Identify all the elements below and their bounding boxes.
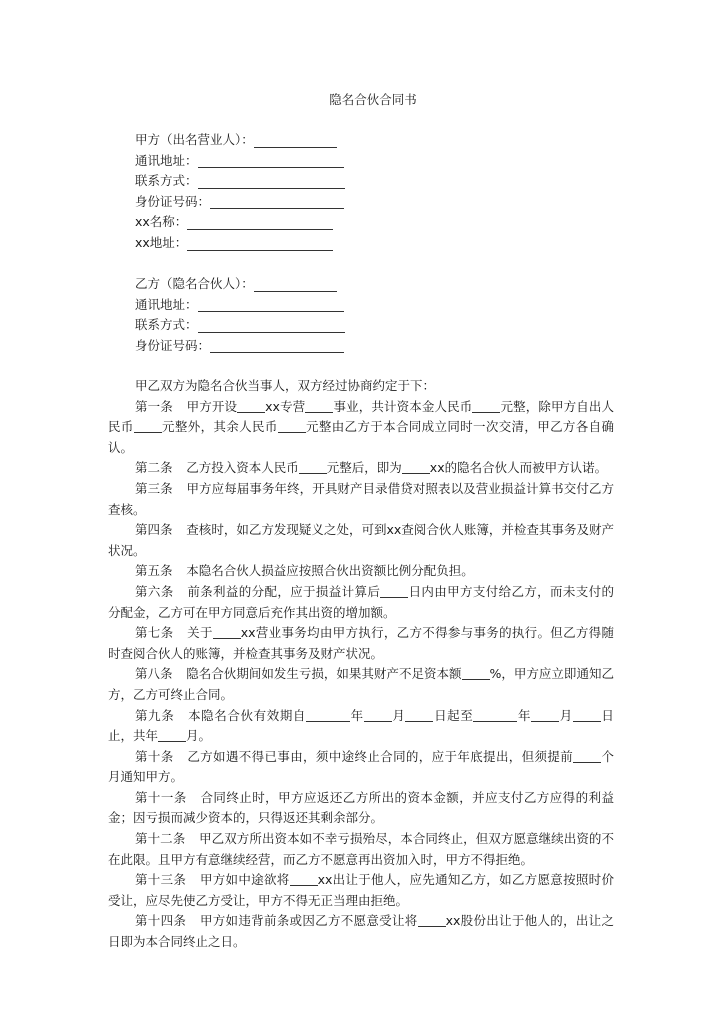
party-a-heading-row: 甲方（出名营业人）：: [135, 130, 345, 151]
party-b-heading-label: 乙方（隐名合伙人）：: [135, 274, 254, 295]
field-label: xx名称：: [135, 212, 187, 233]
party-b-section: 乙方（隐名合伙人）： 通讯地址： 联系方式： 身份证号码：: [135, 274, 345, 356]
party-a-heading-label: 甲方（出名营业人）：: [135, 130, 254, 151]
document-page: 隐名合伙合同书 甲方（出名营业人）： 通讯地址： 联系方式： 身份证号码： xx…: [0, 0, 720, 1017]
field-label: xx地址：: [135, 233, 187, 254]
blank-field[interactable]: [573, 709, 601, 722]
party-a-name-field[interactable]: [254, 133, 337, 148]
blank-field[interactable]: [573, 750, 601, 763]
party-a-xx-address-row: xx地址：: [135, 233, 345, 254]
article-text: 月: [392, 708, 406, 723]
article-text: 年: [350, 708, 364, 723]
party-a-id-row: 身份证号码：: [135, 192, 345, 213]
article-1: 第一条甲方开设xx专营事业，共计资本金人民币元整，除甲方自出人民币元整外，其余人…: [108, 397, 614, 459]
party-a-contact-field[interactable]: [198, 174, 345, 189]
party-a-contact-row: 联系方式：: [135, 171, 345, 192]
article-label: 第二条: [135, 460, 173, 475]
article-label: 第十二条: [135, 831, 185, 846]
contract-body: 甲乙双方为隐名合伙当事人，双方经过协商约定于下： 第一条甲方开设xx专营事业，共…: [108, 376, 614, 953]
document-title: 隐名合伙合同书: [0, 91, 720, 109]
article-text: 乙方投入资本人民币: [186, 460, 299, 475]
article-label: 第十三条: [135, 872, 186, 887]
article-text: 日起至: [433, 708, 473, 723]
party-b-id-row: 身份证号码：: [135, 336, 345, 357]
blank-field[interactable]: [405, 709, 433, 722]
article-label: 第七条: [135, 625, 173, 640]
blank-field[interactable]: [278, 420, 306, 433]
party-b-id-field[interactable]: [210, 338, 344, 353]
article-12: 第十二条甲乙双方所出资本如不幸亏损殆尽，本合同终止，但双方愿意继续出资的不在此限…: [108, 829, 614, 870]
field-label: 联系方式：: [135, 315, 198, 336]
party-a-section: 甲方（出名营业人）： 通讯地址： 联系方式： 身份证号码： xx名称： xx地址…: [135, 130, 345, 254]
blank-field[interactable]: [290, 873, 318, 886]
article-11: 第十一条合同终止时，甲方应返还乙方所出的资本金额，并应支付乙方应得的利益金；因亏…: [108, 788, 614, 829]
field-label: 身份证号码：: [135, 336, 210, 357]
article-text: 前条利益的分配，应于损益计算后: [187, 584, 380, 599]
article-label: 第九条: [135, 708, 174, 723]
party-b-contact-field[interactable]: [198, 318, 345, 333]
article-5: 第五条本隐名合伙人损益应按照合伙出资额比例分配负担。: [108, 561, 614, 582]
article-4: 第四条查核时，如乙方发现疑义之处，可到xx查阅合伙人账簿，并检查其事务及财产状况…: [108, 520, 614, 561]
blank-field[interactable]: [158, 729, 186, 742]
party-a-address-row: 通讯地址：: [135, 151, 345, 172]
article-text: 甲方如中途欲将: [200, 872, 290, 887]
blank-field[interactable]: [418, 914, 446, 927]
article-label: 第三条: [135, 481, 173, 496]
party-a-xx-name-field[interactable]: [187, 215, 333, 230]
blank-field[interactable]: [380, 585, 408, 598]
article-label: 第六条: [135, 584, 174, 599]
field-label: 通讯地址：: [135, 151, 198, 172]
article-text: 元整后，即为: [327, 460, 402, 475]
field-label: 联系方式：: [135, 171, 198, 192]
article-label: 第十四条: [135, 913, 186, 928]
article-text: 年: [517, 708, 531, 723]
article-text: xx专营: [265, 399, 305, 414]
article-text: 甲方如违背前条或因乙方不愿意受让将: [200, 913, 418, 928]
article-14: 第十四条甲方如违背前条或因乙方不愿意受让将xx股份出让于他人的，出让之日即为本合…: [108, 911, 614, 952]
field-label: 身份证号码：: [135, 192, 210, 213]
article-text: 甲方应每届事务年终，开具财产目录借贷对照表以及营业损益计算书交付乙方查核。: [108, 481, 614, 517]
article-text: 月: [559, 708, 573, 723]
article-text: 乙方如遇不得已事由，须中途终止合同的，应于年底提出，但须提前: [187, 749, 573, 764]
party-a-address-field[interactable]: [198, 153, 344, 168]
article-text: xx营业事务均由甲方执行，乙方不得参与事务的执行。但乙方得随时查阅合伙人的账簿，…: [108, 625, 614, 661]
article-9: 第九条本隐名合伙有效期自年月日起至年月日止，共年月。: [108, 706, 614, 747]
article-text: 隐名合伙期间如发生亏损，如果其财产不足资本额: [186, 666, 461, 681]
blank-field[interactable]: [306, 709, 350, 722]
article-text: 甲方开设: [187, 399, 238, 414]
party-a-xx-name-row: xx名称：: [135, 212, 345, 233]
article-text: xx的隐名合伙人而被甲方认诺。: [430, 460, 607, 475]
blank-field[interactable]: [462, 667, 490, 680]
article-text: 查核时，如乙方发现疑义之处，可到xx查阅合伙人账簿，并检查其事务及财产状况。: [108, 522, 614, 558]
blank-field[interactable]: [299, 461, 327, 474]
article-text: 元整外，其余人民币: [162, 419, 278, 434]
party-b-name-field[interactable]: [254, 277, 337, 292]
article-label: 第四条: [135, 522, 173, 537]
blank-field[interactable]: [402, 461, 430, 474]
party-b-address-row: 通讯地址：: [135, 295, 345, 316]
blank-field[interactable]: [472, 400, 500, 413]
party-a-id-field[interactable]: [210, 194, 344, 209]
party-b-address-field[interactable]: [198, 297, 344, 312]
field-label: 通讯地址：: [135, 295, 198, 316]
blank-field[interactable]: [237, 400, 265, 413]
article-text: 年: [146, 728, 159, 743]
article-label: 第八条: [135, 666, 173, 681]
article-13: 第十三条甲方如中途欲将xx出让于他人，应先通知乙方，如乙方愿意按照时价受让，应尽…: [108, 870, 614, 911]
intro-paragraph: 甲乙双方为隐名合伙当事人，双方经过协商约定于下：: [108, 376, 614, 397]
article-label: 第十条: [135, 749, 174, 764]
article-text: 本隐名合伙人损益应按照合伙出资额比例分配负担。: [186, 563, 474, 578]
article-text: 事业，共计资本金人民币: [333, 399, 472, 414]
article-label: 第十一条: [135, 790, 187, 805]
blank-field[interactable]: [213, 626, 241, 639]
blank-field[interactable]: [473, 709, 517, 722]
party-b-heading-row: 乙方（隐名合伙人）：: [135, 274, 345, 295]
blank-field[interactable]: [134, 420, 162, 433]
article-2: 第二条乙方投入资本人民币元整后，即为xx的隐名合伙人而被甲方认诺。: [108, 458, 614, 479]
article-6: 第六条前条利益的分配，应于损益计算后日内由甲方支付给乙方，而未支付的分配金，乙方…: [108, 582, 614, 623]
article-label: 第一条: [135, 399, 173, 414]
article-text: 本隐名合伙有效期自: [188, 708, 306, 723]
article-text: 关于: [187, 625, 213, 640]
article-label: 第五条: [135, 563, 173, 578]
blank-field[interactable]: [531, 709, 559, 722]
blank-field[interactable]: [305, 400, 333, 413]
party-b-contact-row: 联系方式：: [135, 315, 345, 336]
article-8: 第八条隐名合伙期间如发生亏损，如果其财产不足资本额%，甲方应立即通知乙方，乙方可…: [108, 664, 614, 705]
blank-field[interactable]: [364, 709, 392, 722]
article-10: 第十条乙方如遇不得已事由，须中途终止合同的，应于年底提出，但须提前个月通知甲方。: [108, 747, 614, 788]
article-7: 第七条关于xx营业事务均由甲方执行，乙方不得参与事务的执行。但乙方得随时查阅合伙…: [108, 623, 614, 664]
article-text: 月。: [186, 728, 211, 743]
article-3: 第三条甲方应每届事务年终，开具财产目录借贷对照表以及营业损益计算书交付乙方查核。: [108, 479, 614, 520]
party-a-xx-address-field[interactable]: [187, 236, 333, 251]
